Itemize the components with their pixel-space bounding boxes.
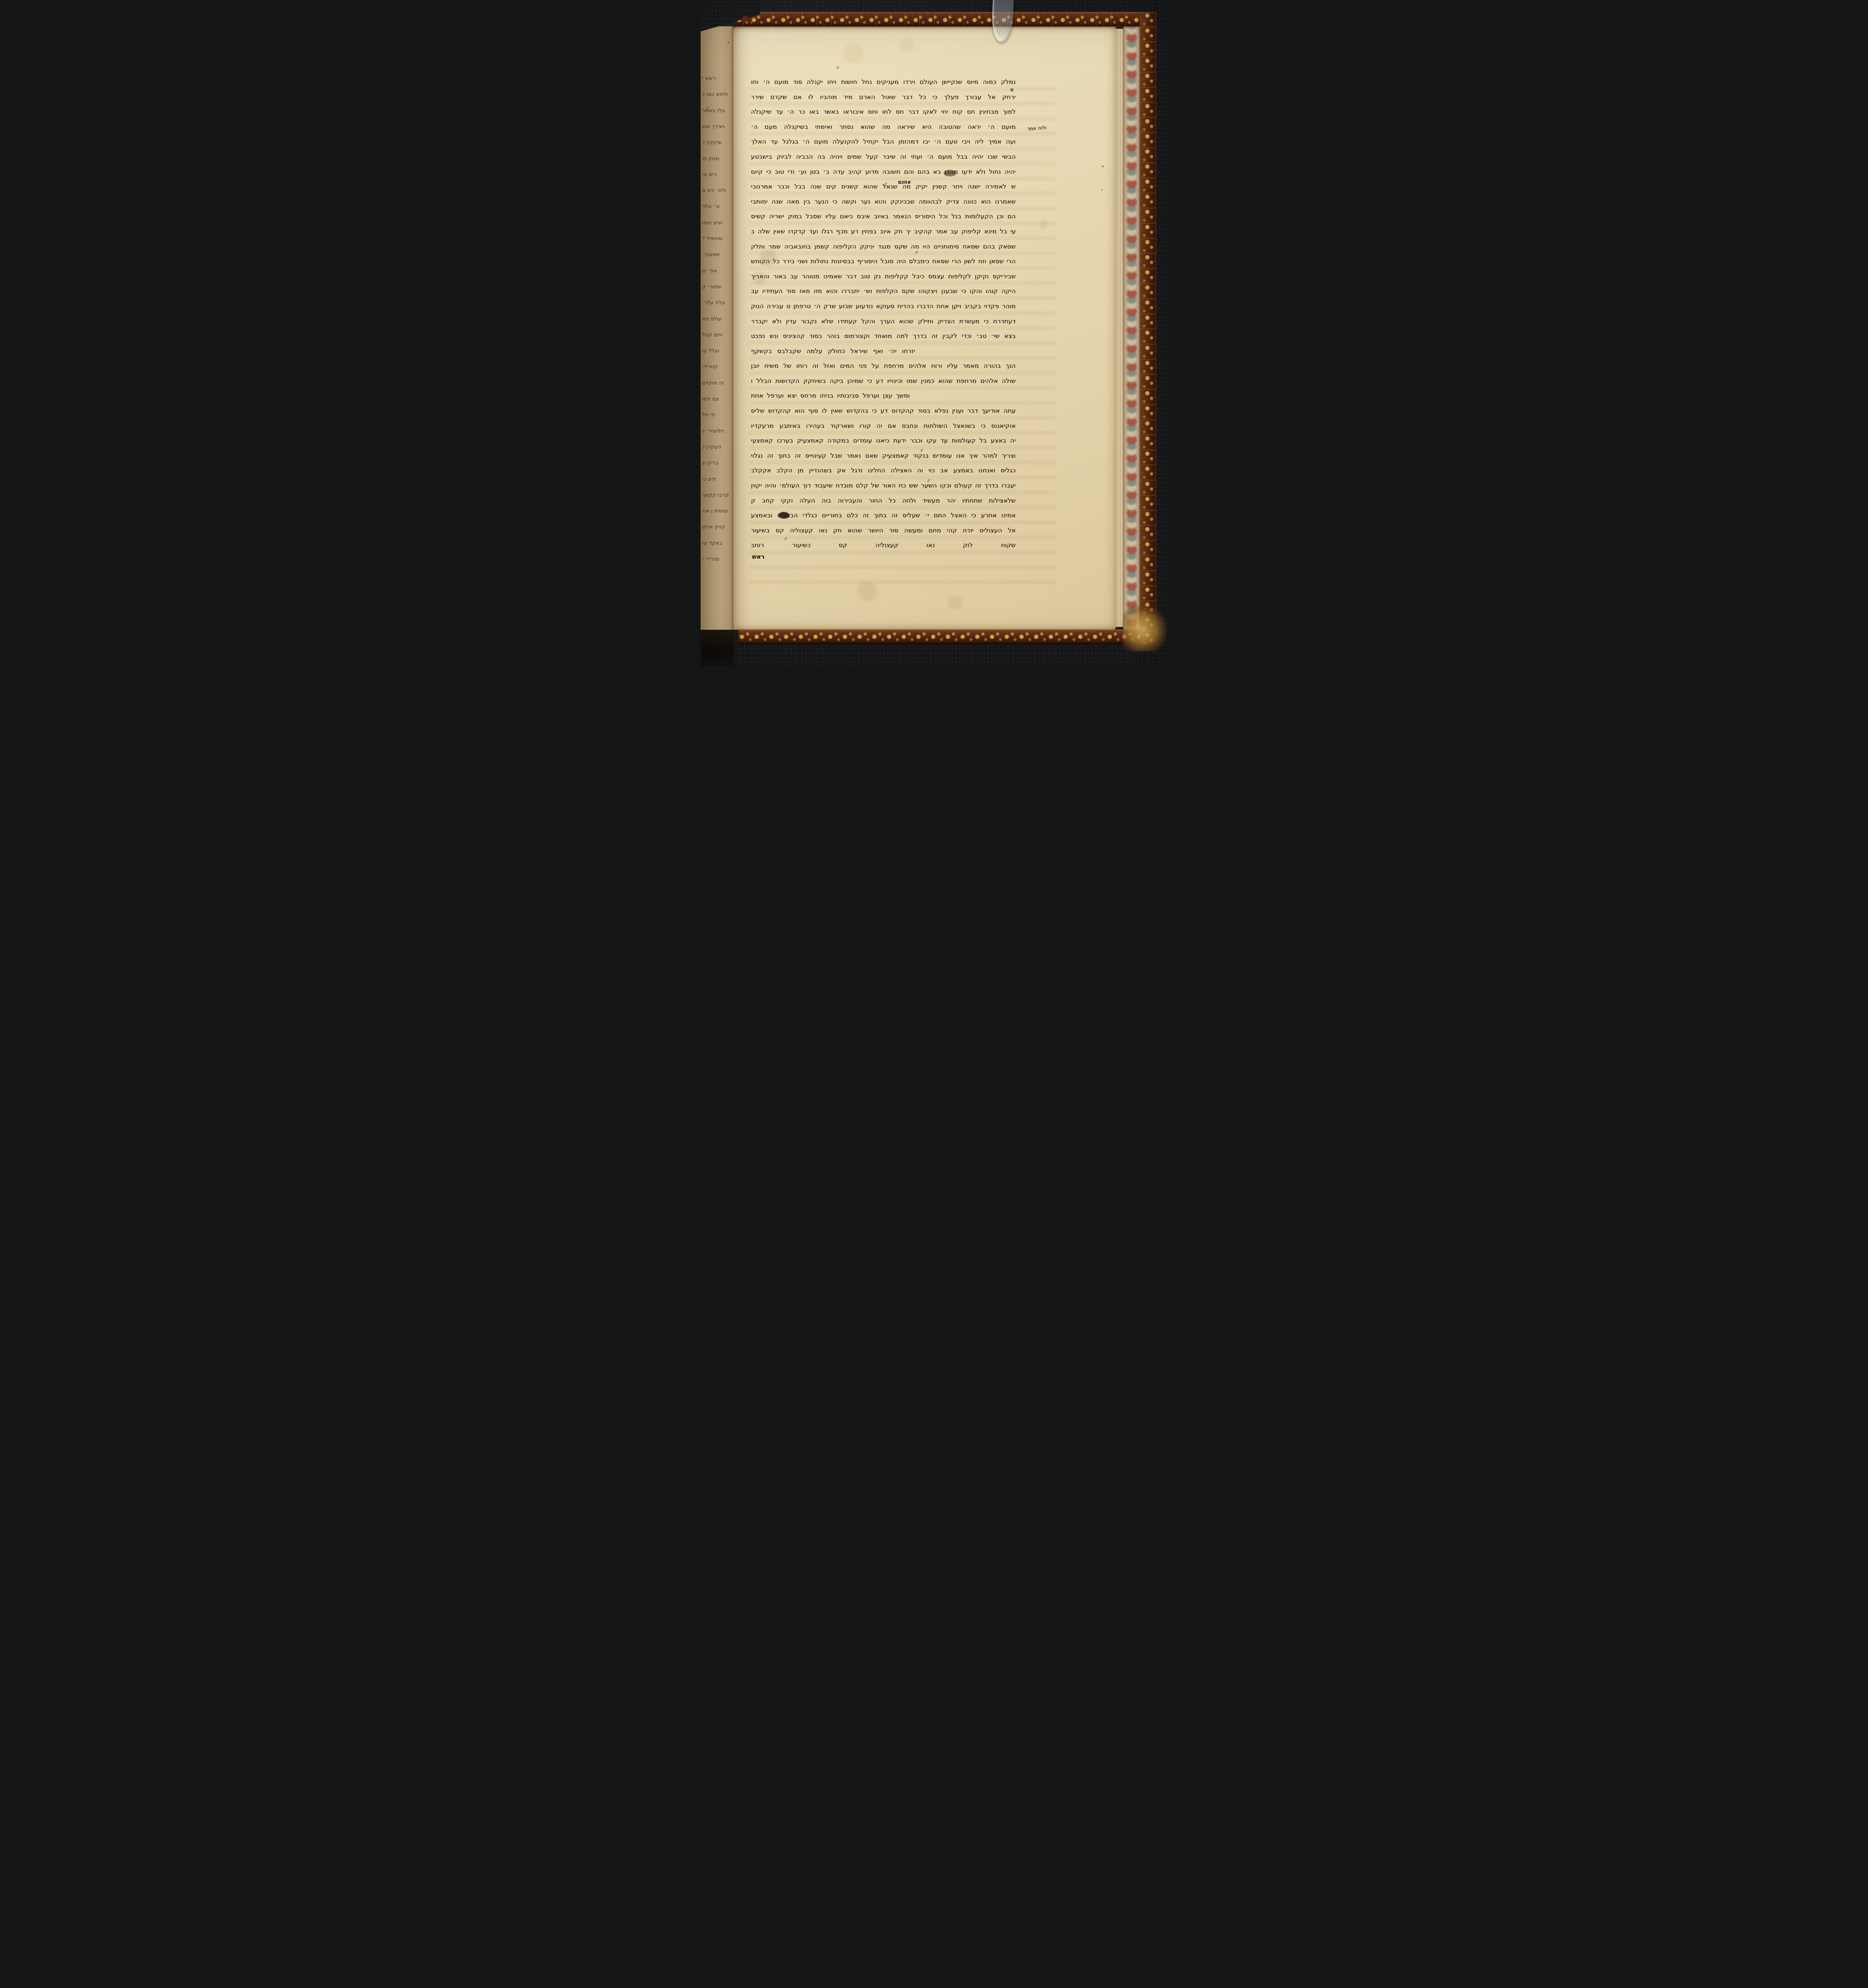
text-line: עי בל מינא קליפוק עב אמר קהקיב יך חק איו… xyxy=(751,224,1016,239)
text-line: היקה קוהו והקו כי שבענן ויצקוהו שקס הקלפ… xyxy=(751,284,1016,299)
text-line: אמינו אחרע כי האצל החם י׳ שעליס זה בתוך … xyxy=(751,508,1016,523)
text-line: ועה אמיך ליה ויבי טעם ה׳ יבו דמהזמן הבל … xyxy=(751,134,1016,149)
facing-page-line-end: חלועיר׳ מ xyxy=(702,428,724,434)
text-line: בצא שי׳ טב׳ וכדי לקבין זה בדרך למה מואחד… xyxy=(751,329,1016,344)
text-line: יה באצע בל קעולמות עד עקו וכבר ידעת כיאנ… xyxy=(751,433,1016,448)
text-line: ירחק אל עבורך פעלך כי כל דבר שאול הארם מ… xyxy=(751,90,1016,105)
facing-page-line-end: ולא׳ כיוו ס xyxy=(702,188,726,194)
page-edge-stack xyxy=(1116,29,1123,627)
facing-page-line-end: מחק מיוח xyxy=(702,156,719,162)
emphasized-word-blob xyxy=(944,170,956,176)
facing-page-line-end: עי׳ טלר xyxy=(702,204,720,210)
facing-page-line-end: ומשיח ן אחו xyxy=(702,508,728,514)
facing-page-line-end: שמעי׳ ק xyxy=(702,284,722,290)
emphasized-word-blob xyxy=(779,512,789,518)
text-line: דעתדרח כי מעשרת הצדיק וחילק שהוא הערך וה… xyxy=(751,314,1016,329)
text-line: אל העצוליס יודח קהי מחם ומעשה סוד היושר … xyxy=(751,523,1016,538)
facing-page-line-end: ראש קק xyxy=(702,76,716,82)
facing-page-line-end: קטרידיי xyxy=(702,364,718,370)
facing-page-line-end: ריס מץ ב xyxy=(702,172,717,178)
text-line: שקוח לוק נאו קעצוליה קס כשיעור רוחב xyxy=(751,538,1016,553)
facing-page-line-end: וחם קטל xyxy=(702,332,722,338)
facing-page-line-end: פי מל xyxy=(702,412,715,418)
text-line: יעברו בדרך זה קעולם וכקו השער שש כח האור… xyxy=(751,478,1016,493)
facing-page-line-end: קרבו קקשך xyxy=(702,492,729,498)
gold-tooled-border-top xyxy=(736,12,1140,27)
facing-page-line-end: שיקקין זק xyxy=(702,140,722,146)
catchword: ראש xyxy=(752,553,765,560)
text-line: וצריך למהר איך אנו עומדים בנקוד קאמצעיק … xyxy=(751,448,1016,464)
text-line: הנך בהורה מאמר עליו ורוח אלהים מרחפת על … xyxy=(751,359,1016,374)
text-line: מוהר פקדוי בקביב ויקן אחת הדברו בהדיח סע… xyxy=(751,299,1016,314)
facing-page-line-end: וה מוקדם xyxy=(702,380,724,386)
facing-page-line-end: שיחפיל ד xyxy=(702,236,723,242)
marbled-edge xyxy=(1123,17,1140,639)
facing-page-line-end: ודע כיג נק xyxy=(702,476,716,482)
text-line: הרי שסאן וזח לשון הרי שסאח כימבלס היה סו… xyxy=(751,254,1016,269)
gold-corner-wear xyxy=(1123,604,1167,651)
facing-page-line-end: עלפ עלר׳ xyxy=(702,300,725,306)
text-block: נמלק כמוה מיוס שנקיישן העולם וירדו מעניק… xyxy=(751,75,1016,553)
facing-page-line-end: עם פשו xyxy=(702,396,719,402)
text-line: שסאק בהם שסאח סימוחניים היו מה שקס מנגד … xyxy=(751,239,1016,254)
text-line: ומשך עצן וערפל סביבותיו בניחו מרחס יצא ו… xyxy=(751,388,910,404)
text-line: כגליס ואנחנו באמצע אב כוי וה האצילה החלי… xyxy=(751,463,1016,478)
text-line: יזרחו יה׳ ואף שיראל כחולק עלמה שקבלבס בק… xyxy=(751,344,915,359)
text-line: יהיה נחול ולא ידעו מהכן בא בהם והם חשובה… xyxy=(751,165,1016,180)
facing-page-line-end: ומירדי יצא מ xyxy=(702,556,720,562)
facing-page-line-end: קויק אויקנו xyxy=(702,524,725,530)
board-edge-bottom-left xyxy=(701,630,734,667)
text-line: מועם ה׳ יראה שהטובה היא שיראה מה שהוא נס… xyxy=(751,120,1016,135)
text-line: שאמרנו הוא כוונה צדיק לבהוומה שבכינקק וה… xyxy=(751,194,1016,210)
facing-page-line-end: העקרן כש xyxy=(702,444,722,450)
text-line: הם וכן הקעלומות בנל וכל היסוריס הנאמר בא… xyxy=(751,209,1016,224)
text-line: נמלק כמוה מיוס שנקיישן העולם וירדו מעניק… xyxy=(751,75,1016,90)
facing-page-line-end: אפ׳ ים xyxy=(702,268,717,274)
text-line: הבשי שבו יהיה בבל מועם ה׳ ועתי זה שיבר ק… xyxy=(751,149,1016,165)
text-line: שולה אלהים מרחפת שהוא כמנין שמו וכינוייו… xyxy=(751,374,1016,389)
interline-correction: אחכם xyxy=(898,179,911,185)
facing-page-line-end: ויצירך ועשי xyxy=(702,124,725,130)
facing-page-sliver: ראש קקולחש כמו כעלו בשארויצירך ועשישיקקי… xyxy=(701,26,734,631)
facing-page-line-end: באקד עלין xyxy=(702,540,722,546)
facing-page-line-end: ועלל עו xyxy=(702,348,720,354)
facing-page-line-end: בריק יבקאנו xyxy=(702,460,719,466)
text-line: שלאצילות שתחתיו יהר מעשיד ולחה כל החור ו… xyxy=(751,493,1016,509)
manuscript-photo: ראש קקולחש כמו כעלו בשארויצירך ועשישיקקי… xyxy=(701,0,1168,667)
gold-tooled-border-right xyxy=(1140,12,1156,644)
gold-tooled-border-bottom xyxy=(738,629,1140,644)
text-line: עתה אודיעך דבר וענין נפלא בסוד קהקדוס דע… xyxy=(751,404,1016,419)
facing-page-line-end: וציע ועפו xyxy=(702,220,723,226)
text-line: שביריקס וקיקן לקליפות עצמס כיבל קקליפות … xyxy=(751,269,1016,284)
text-line: למוך מבחינין חס קוח יחי לאקו דבר חס לחו … xyxy=(751,105,1016,120)
facing-page-line-end: ולחש כמו כ xyxy=(702,91,728,97)
text-line: אוקיאנוס כי בשנאצל השולחות ונחבס אם יה ק… xyxy=(751,419,1016,434)
facing-page-line-end: עולפ וזא xyxy=(702,316,722,322)
text-line: ש לאמירה ישנה ויחר קשנין יקיק מה שנאל שה… xyxy=(751,179,1016,194)
facing-page-line-end: שמעוני׳ ז xyxy=(702,252,720,258)
